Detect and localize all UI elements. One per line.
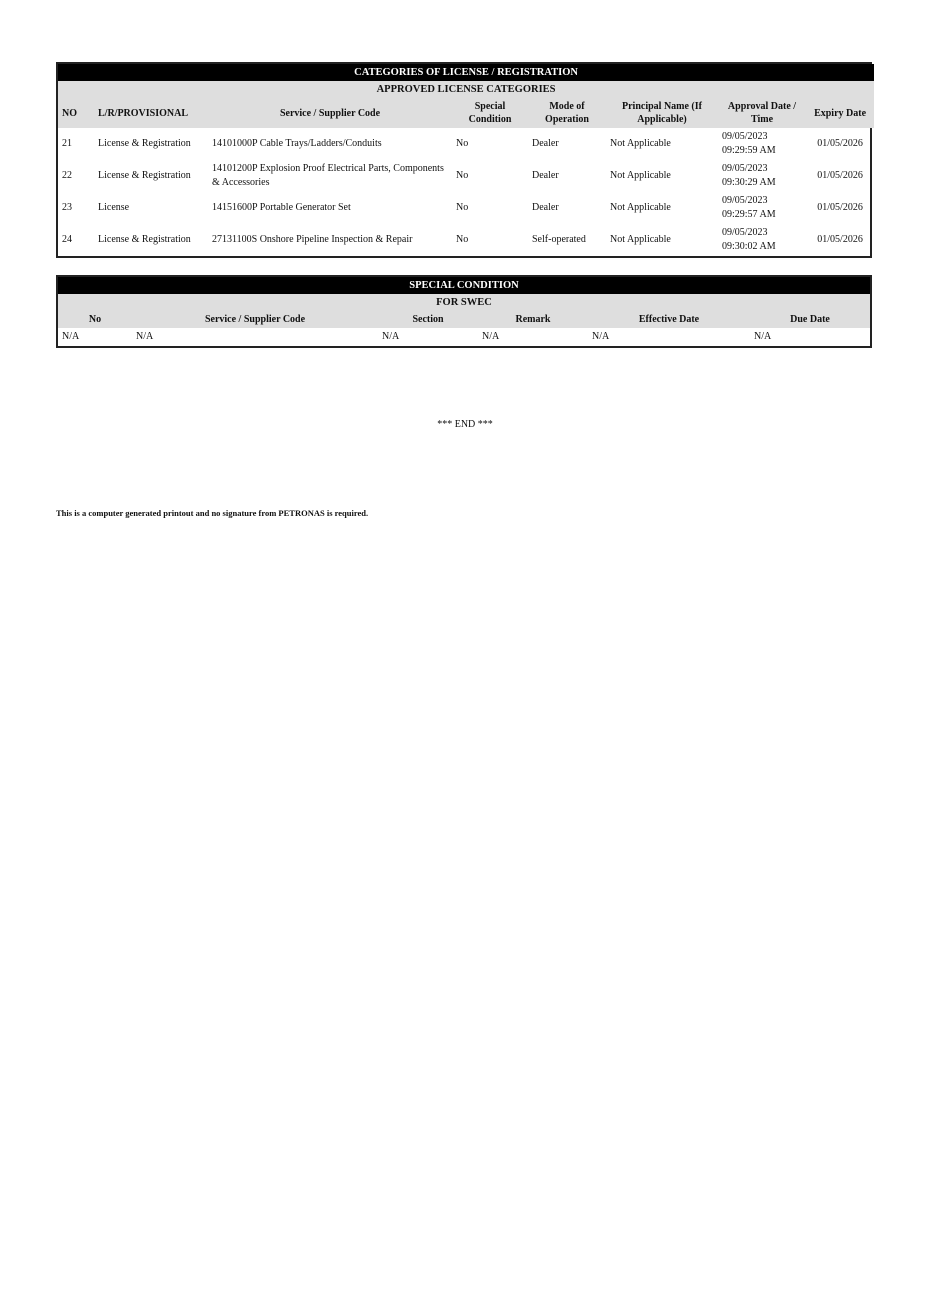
- end-marker: *** END ***: [0, 419, 930, 430]
- approval-date: 09/05/2023: [722, 194, 802, 208]
- cell-service: 27131100S Onshore Pipeline Inspection & …: [208, 224, 452, 256]
- cell-approval: 09/05/202309:30:02 AM: [718, 224, 806, 256]
- cell-no: 21: [58, 128, 94, 160]
- col-header-approval: Approval Date / Time: [718, 98, 806, 128]
- cell-service: 14101200P Explosion Proof Electrical Par…: [208, 160, 452, 192]
- approval-time: 09:30:29 AM: [722, 176, 802, 190]
- cell-expiry: 01/05/2026: [806, 192, 874, 224]
- approval-date: 09/05/2023: [722, 130, 802, 144]
- table-title: CATEGORIES OF LICENSE / REGISTRATION: [58, 64, 874, 81]
- cell-lr: License & Registration: [94, 224, 208, 256]
- col-header-lr: L/R/PROVISIONAL: [94, 98, 208, 128]
- col-header-principal: Principal Name (If Applicable): [606, 98, 718, 128]
- col-header-section: Section: [378, 311, 478, 328]
- approval-date: 09/05/2023: [722, 226, 802, 240]
- cell-mode: Dealer: [528, 128, 606, 160]
- cell-no: 23: [58, 192, 94, 224]
- approval-time: 09:30:02 AM: [722, 240, 802, 254]
- cell-effective: N/A: [588, 328, 750, 346]
- footer-note: This is a computer generated printout an…: [56, 508, 368, 518]
- table-title: SPECIAL CONDITION: [58, 277, 870, 294]
- cell-section: N/A: [378, 328, 478, 346]
- table-row: 23License14151600P Portable Generator Se…: [58, 192, 874, 224]
- cell-lr: License: [94, 192, 208, 224]
- cell-special: No: [452, 224, 528, 256]
- col-header-special: Special Condition: [452, 98, 528, 128]
- cell-mode: Dealer: [528, 160, 606, 192]
- approval-time: 09:29:59 AM: [722, 144, 802, 158]
- col-header-mode: Mode of Operation: [528, 98, 606, 128]
- cell-service: N/A: [132, 328, 378, 346]
- cell-principal: Not Applicable: [606, 160, 718, 192]
- cell-service: 14101000P Cable Trays/Ladders/Conduits: [208, 128, 452, 160]
- col-header-expiry: Expiry Date: [806, 98, 874, 128]
- cell-special: No: [452, 192, 528, 224]
- cell-special: No: [452, 160, 528, 192]
- table-subtitle: FOR SWEC: [58, 294, 870, 311]
- cell-service: 14151600P Portable Generator Set: [208, 192, 452, 224]
- col-header-effective: Effective Date: [588, 311, 750, 328]
- col-header-due: Due Date: [750, 311, 870, 328]
- cell-no: 22: [58, 160, 94, 192]
- special-condition-table: SPECIAL CONDITION FOR SWEC No Service / …: [56, 275, 872, 348]
- approval-time: 09:29:57 AM: [722, 208, 802, 222]
- cell-remark: N/A: [478, 328, 588, 346]
- cell-mode: Dealer: [528, 192, 606, 224]
- cell-expiry: 01/05/2026: [806, 160, 874, 192]
- cell-principal: Not Applicable: [606, 128, 718, 160]
- license-categories-table: CATEGORIES OF LICENSE / REGISTRATION APP…: [56, 62, 872, 258]
- col-header-remark: Remark: [478, 311, 588, 328]
- table-row: N/AN/AN/AN/AN/AN/A: [58, 328, 870, 346]
- cell-mode: Self-operated: [528, 224, 606, 256]
- cell-lr: License & Registration: [94, 128, 208, 160]
- table-row: 24License & Registration27131100S Onshor…: [58, 224, 874, 256]
- table-subtitle: APPROVED LICENSE CATEGORIES: [58, 81, 874, 98]
- cell-special: No: [452, 128, 528, 160]
- cell-no: 24: [58, 224, 94, 256]
- table-row: 22License & Registration14101200P Explos…: [58, 160, 874, 192]
- cell-approval: 09/05/202309:29:59 AM: [718, 128, 806, 160]
- col-header-no: No: [58, 311, 132, 328]
- col-header-service: Service / Supplier Code: [208, 98, 452, 128]
- approval-date: 09/05/2023: [722, 162, 802, 176]
- cell-principal: Not Applicable: [606, 192, 718, 224]
- cell-no: N/A: [58, 328, 132, 346]
- col-header-no: NO: [58, 98, 94, 128]
- cell-expiry: 01/05/2026: [806, 128, 874, 160]
- cell-principal: Not Applicable: [606, 224, 718, 256]
- cell-approval: 09/05/202309:30:29 AM: [718, 160, 806, 192]
- cell-expiry: 01/05/2026: [806, 224, 874, 256]
- col-header-service: Service / Supplier Code: [132, 311, 378, 328]
- cell-lr: License & Registration: [94, 160, 208, 192]
- table-row: 21License & Registration14101000P Cable …: [58, 128, 874, 160]
- cell-due: N/A: [750, 328, 870, 346]
- cell-approval: 09/05/202309:29:57 AM: [718, 192, 806, 224]
